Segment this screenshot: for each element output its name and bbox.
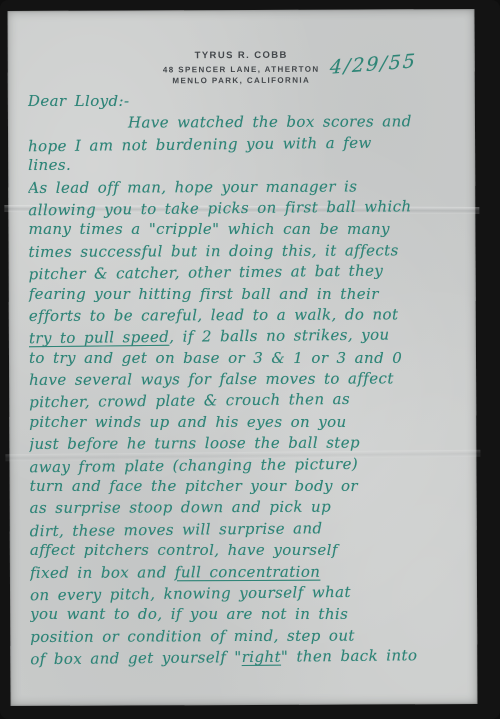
letter-text-segment: affect pitchers control, have yourself (30, 541, 338, 559)
letter-text-segment: away from plate (changing the picture) (29, 454, 358, 475)
letter-text-segment: Have watched the box scores and (128, 113, 412, 132)
underlined-phrase: try to pull speed (29, 328, 170, 347)
letter-line: to try and get on base or 3 & 1 or 3 and… (29, 349, 470, 370)
letter-line: pitcher, crowd plate & crouch then as (29, 389, 470, 415)
letter-text-segment: many times a "cripple" which can be many (28, 220, 389, 238)
underlined-phrase: right (242, 648, 281, 666)
letter-text-segment: fixed in box and (30, 563, 175, 582)
letter-text-segment: dirt, these moves will surprise and (30, 519, 323, 540)
letter-line: away from plate (changing the picture) (29, 453, 470, 479)
letter-text-segment: have several ways for false moves to aff… (29, 369, 394, 389)
letter-line: pitcher & catcher, other times at bat th… (29, 261, 470, 287)
letter-text-segment: to try and get on base or 3 & 1 or 3 and… (29, 349, 402, 367)
letter-line: Dear Lloyd:- (28, 92, 469, 113)
letter-line: pitcher winds up and his eyes on you (29, 413, 470, 434)
letter-text-segment: " then back into (281, 646, 418, 665)
letter-line: try to pull speed, if 2 balls no strikes… (29, 325, 470, 351)
letter-line: dirt, these moves will surprise and (30, 517, 471, 543)
underlined-phrase: full concentration (175, 562, 321, 581)
letter-line: on every pitch, knowing yourself what (30, 582, 471, 608)
letter-text-segment: pitcher winds up and his eyes on you (29, 413, 346, 431)
letter-text-segment: on every pitch, knowing yourself what (30, 583, 351, 604)
letter-text-segment: hope I am not burdening you with a few (28, 133, 372, 155)
letter-text-segment: Dear Lloyd:- (28, 92, 130, 110)
letter-line: you want to do, if you are not in this (30, 605, 471, 626)
letter-line: of box and get yourself "right" then bac… (30, 646, 471, 672)
letter-text-segment: turn and face the pitcher your body or (30, 477, 358, 495)
letter-line: affect pitchers control, have yourself (30, 541, 471, 562)
letter-line: turn and face the pitcher your body or (30, 477, 471, 498)
letter-text-segment: as surprise stoop down and pick up (30, 498, 331, 517)
letter-line: Have watched the box scores and (28, 112, 469, 135)
letter-text-segment: you want to do, if you are not in this (30, 605, 348, 623)
letter-text-segment: lines. (28, 156, 71, 174)
letter-line: lines. (28, 156, 469, 177)
letterhead-address-line2: MENLO PARK, CALIFORNIA (8, 74, 475, 87)
letter-text-segment: pitcher, crowd plate & crouch then as (29, 390, 350, 411)
letter-text-segment: times successful but in doing this, it a… (28, 241, 398, 261)
letter-text-segment: allowing you to take picks on first ball… (28, 197, 411, 219)
letter-text-segment: position or condition of mind, step out (30, 626, 355, 645)
letter-line: as surprise stoop down and pick up (30, 497, 471, 520)
letter-text-segment: efforts to be careful, lead to a walk, d… (29, 305, 399, 325)
letter-text-segment: pitcher & catcher, other times at bat th… (29, 262, 384, 284)
letter-line: hope I am not burdening you with a few (28, 132, 469, 158)
letter-line: fearing your hitting first ball and in t… (29, 284, 470, 305)
letter-text-segment: just before he turns loose the ball step (29, 434, 360, 453)
letter-line: allowing you to take picks on first ball… (28, 197, 469, 223)
letter-line: many times a "cripple" which can be many (28, 220, 469, 241)
letter-line: just before he turns loose the ball step (29, 433, 470, 456)
letter-text-segment: As lead off man, hope your manager is (28, 177, 357, 196)
photo-frame: TYRUS R. COBB 48 SPENCER LANE, ATHERTON … (0, 0, 500, 719)
letter-body: Dear Lloyd:-Have watched the box scores … (28, 91, 472, 702)
letter-paper: TYRUS R. COBB 48 SPENCER LANE, ATHERTON … (7, 9, 477, 706)
letter-text-segment: fearing your hitting first ball and in t… (29, 284, 379, 302)
letter-text-segment: , if 2 balls no strikes, you (169, 326, 389, 346)
letter-text-segment: of box and get yourself " (30, 648, 242, 668)
